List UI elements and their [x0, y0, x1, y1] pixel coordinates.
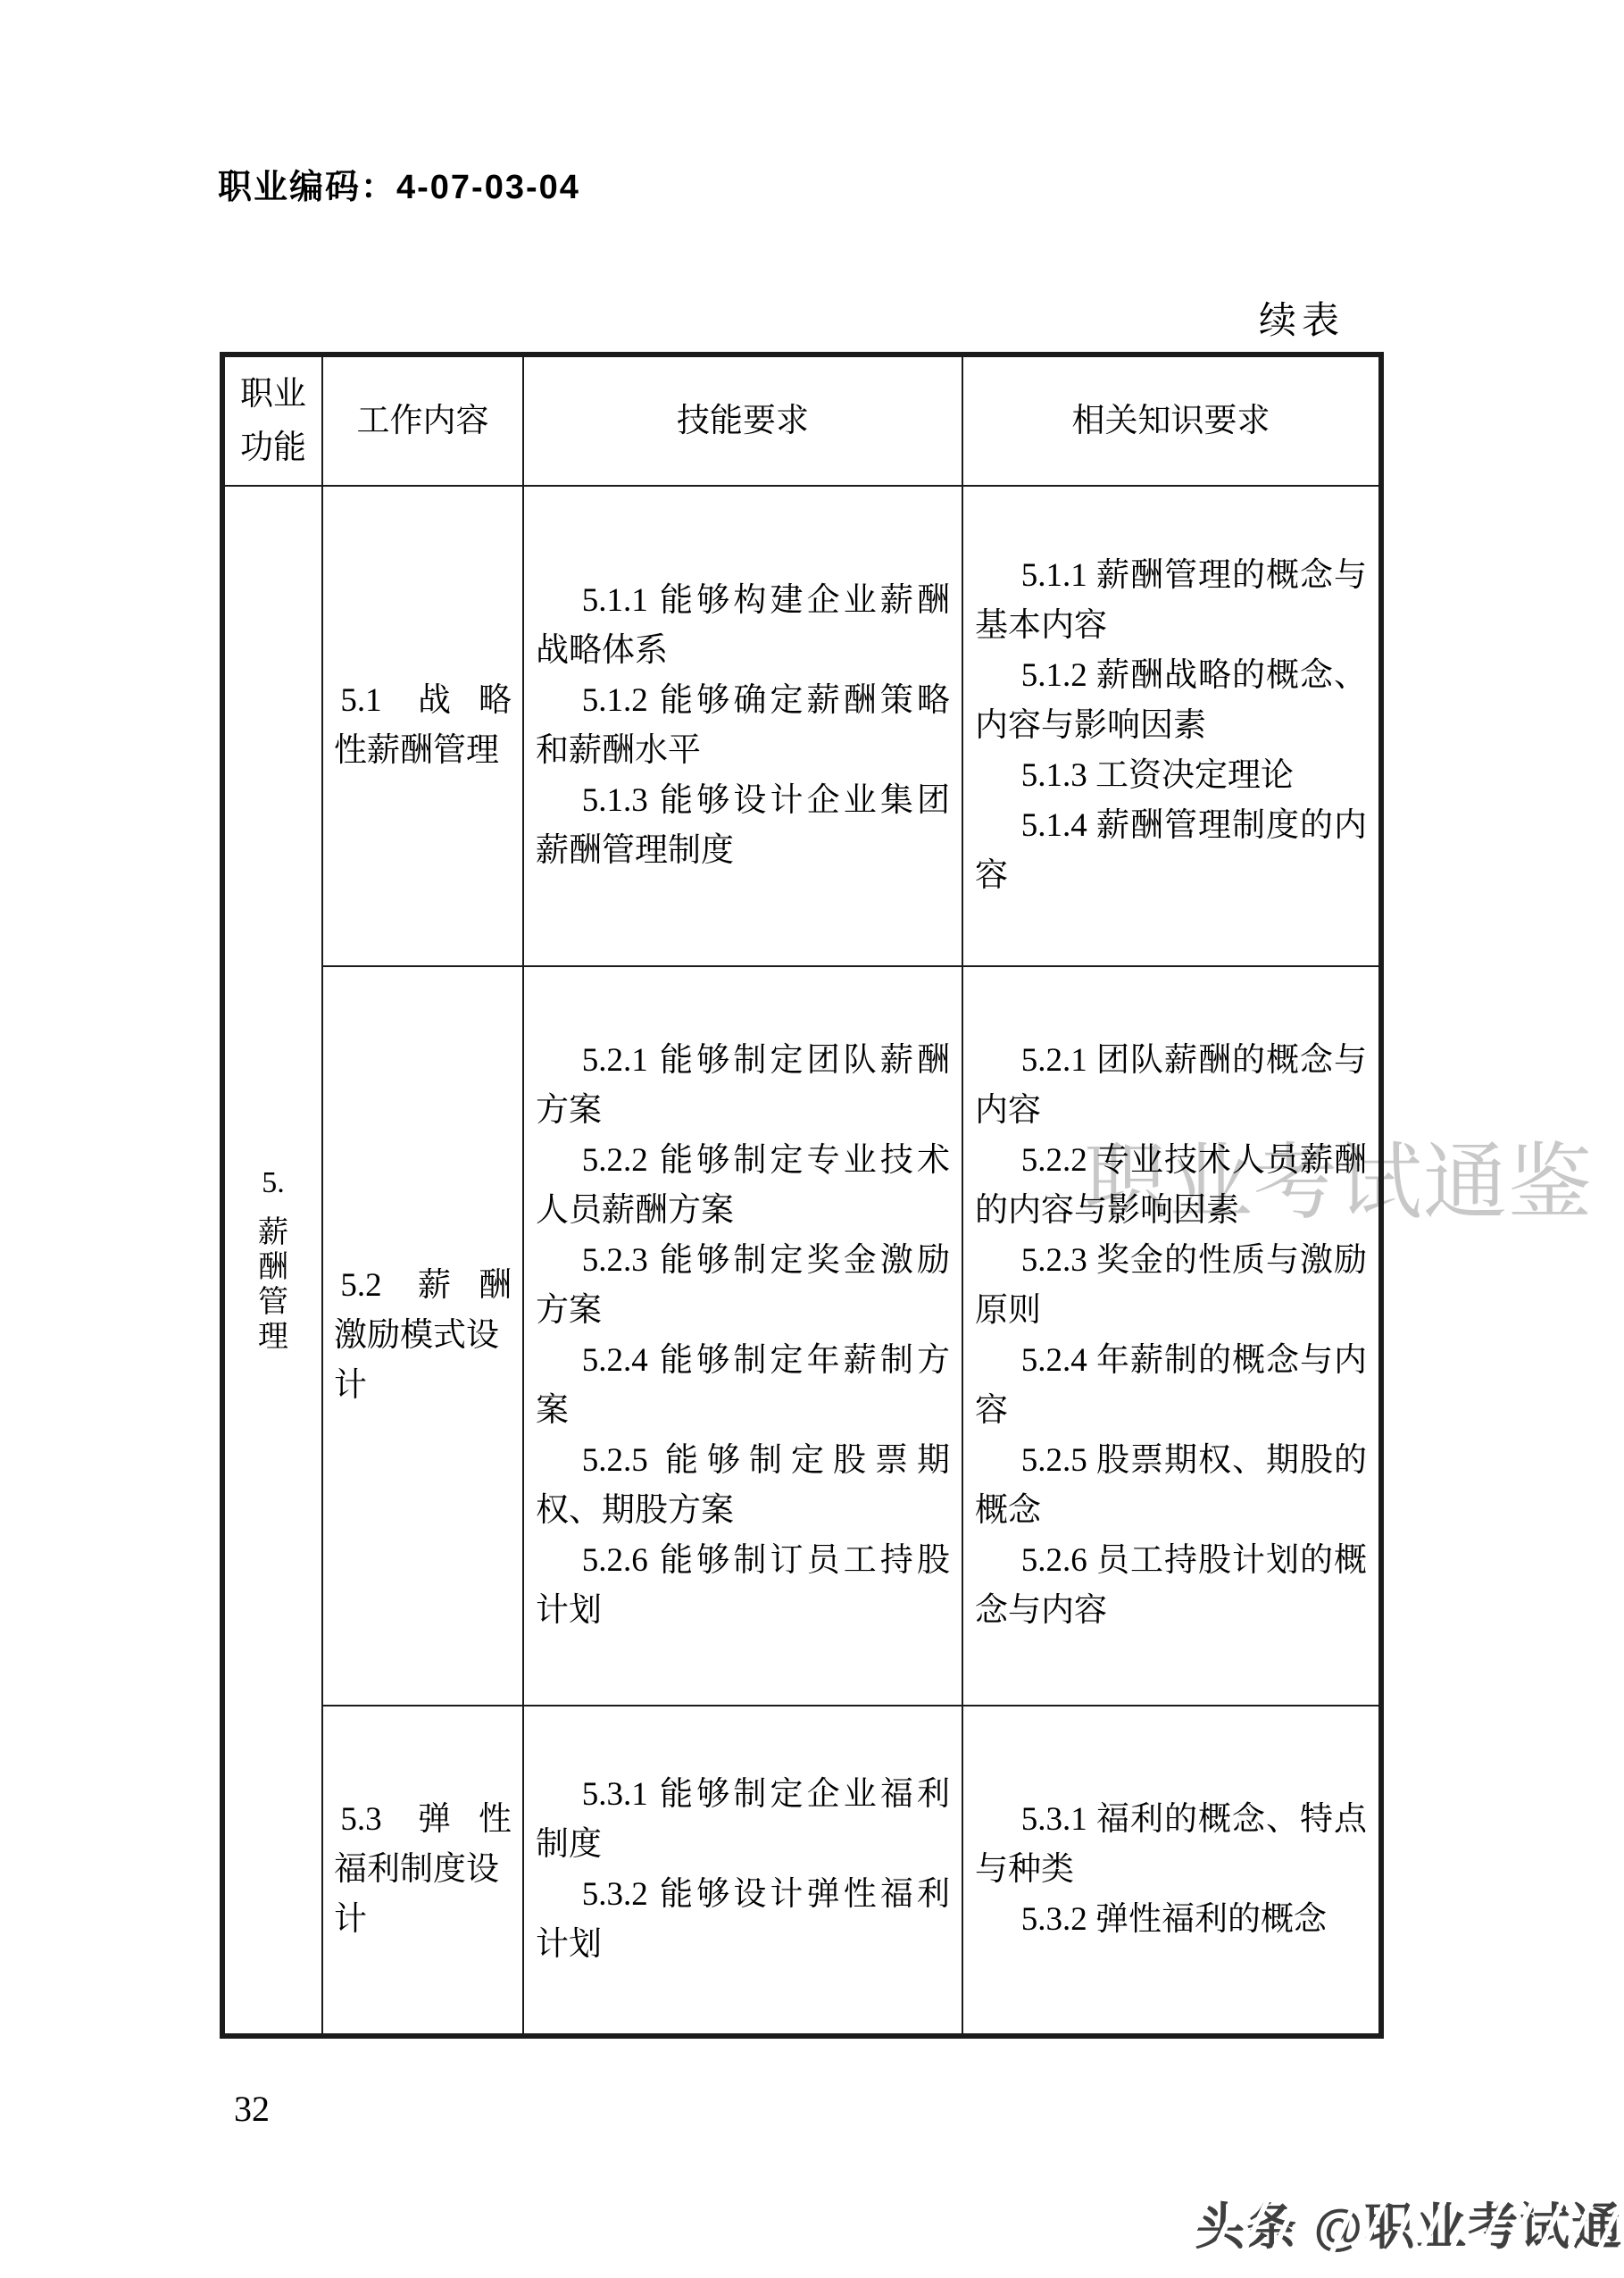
skill-item: 5.1.2 能够确定薪酬策略和薪酬水平	[536, 676, 950, 776]
skill-item: 5.2.2 能够制定专业技术人员薪酬方案	[536, 1136, 950, 1236]
function-name-char: 薪	[258, 1215, 288, 1250]
knowledge-item: 5.2.1 团队薪酬的概念与内容	[975, 1036, 1367, 1136]
work-content-cell: 5.1 战略性薪酬管理	[323, 487, 522, 965]
header-knowledge-requirements: 相关知识要求	[963, 357, 1378, 485]
skill-item: 5.2.5 能够制定股票期权、期股方案	[536, 1436, 950, 1536]
work-content-line: 性薪酬管理	[334, 726, 512, 776]
work-content-line: 计	[334, 1895, 512, 1945]
knowledge-cell: 5.3.1 福利的概念、特点与种类5.3.2 弹性福利的概念	[963, 1706, 1378, 2033]
work-content-line: 激励模式设	[334, 1311, 512, 1361]
function-number: 5.	[262, 1165, 285, 1201]
work-content-line: 5.3 弹性	[334, 1795, 512, 1845]
knowledge-item: 5.1.2 薪酬战略的概念、内容与影响因素	[975, 651, 1367, 751]
skill-item: 5.2.4 能够制定年薪制方案	[536, 1336, 950, 1436]
function-cell-compensation-management: 5.薪酬管理	[225, 487, 321, 2033]
footer-watermark: 头条 @职业考试通鉴	[1195, 2188, 1624, 2259]
skill-item: 5.2.6 能够制订员工持股计划	[536, 1536, 950, 1636]
skill-item: 5.1.1 能够构建企业薪酬战略体系	[536, 576, 950, 676]
work-content-line: 5.2 薪酬	[334, 1261, 512, 1311]
knowledge-cell: 5.1.1 薪酬管理的概念与基本内容5.1.2 薪酬战略的概念、内容与影响因素5…	[963, 487, 1378, 965]
skill-item: 5.1.3 能够设计企业集团薪酬管理制度	[536, 776, 950, 876]
knowledge-item: 5.2.6 员工持股计划的概念与内容	[975, 1536, 1367, 1636]
header-skill-requirements: 技能要求	[524, 357, 962, 485]
header-occupational-function: 职业 功能	[225, 357, 321, 485]
work-content-cell: 5.2 薪酬激励模式设计	[323, 967, 522, 1705]
skill-item: 5.3.1 能够制定企业福利制度	[536, 1770, 950, 1870]
skills-cell: 5.1.1 能够构建企业薪酬战略体系5.1.2 能够确定薪酬策略和薪酬水平5.1…	[524, 487, 962, 965]
knowledge-item: 5.2.5 股票期权、期股的概念	[975, 1436, 1367, 1536]
function-name-char: 理	[258, 1320, 288, 1355]
skills-cell: 5.2.1 能够制定团队薪酬方案5.2.2 能够制定专业技术人员薪酬方案5.2.…	[524, 967, 962, 1705]
work-content-line: 福利制度设	[334, 1845, 512, 1895]
skill-item: 5.2.1 能够制定团队薪酬方案	[536, 1036, 950, 1136]
continued-table-label: 续表	[1259, 291, 1345, 345]
knowledge-item: 5.3.1 福利的概念、特点与种类	[975, 1795, 1367, 1895]
knowledge-item: 5.2.3 奖金的性质与激励原则	[975, 1236, 1367, 1336]
work-content-line: 计	[334, 1361, 512, 1411]
knowledge-item: 5.1.3 工资决定理论	[975, 751, 1367, 801]
occupation-code: 职业编码：4-07-03-04	[218, 159, 580, 208]
function-name-char: 管	[258, 1285, 288, 1320]
work-content-cell: 5.3 弹性福利制度设计	[323, 1706, 522, 2033]
knowledge-item: 5.1.4 薪酬管理制度的内容	[975, 801, 1367, 901]
document-page: 职业编码：4-07-03-04 续表 职业考试通鉴 职业 功能 工作内容 技能要…	[0, 0, 1624, 2278]
knowledge-item: 5.2.2 专业技术人员薪酬的内容与影响因素	[975, 1136, 1367, 1236]
skills-cell: 5.3.1 能够制定企业福利制度5.3.2 能够设计弹性福利计划	[524, 1706, 962, 2033]
skill-item: 5.3.2 能够设计弹性福利计划	[536, 1870, 950, 1970]
knowledge-item: 5.2.4 年薪制的概念与内容	[975, 1336, 1367, 1436]
page-number: 32	[234, 2088, 270, 2130]
work-content-line: 5.1 战略	[334, 676, 512, 726]
header-work-content: 工作内容	[323, 357, 522, 485]
skill-item: 5.2.3 能够制定奖金激励方案	[536, 1236, 950, 1336]
knowledge-item: 5.1.1 薪酬管理的概念与基本内容	[975, 551, 1367, 651]
standards-table: 职业 功能 工作内容 技能要求 相关知识要求 5.薪酬管理 5.1 战略性薪酬管…	[220, 352, 1384, 2039]
function-name-char: 酬	[258, 1250, 288, 1285]
knowledge-item: 5.3.2 弹性福利的概念	[975, 1895, 1367, 1945]
knowledge-cell: 5.2.1 团队薪酬的概念与内容5.2.2 专业技术人员薪酬的内容与影响因素5.…	[963, 967, 1378, 1705]
